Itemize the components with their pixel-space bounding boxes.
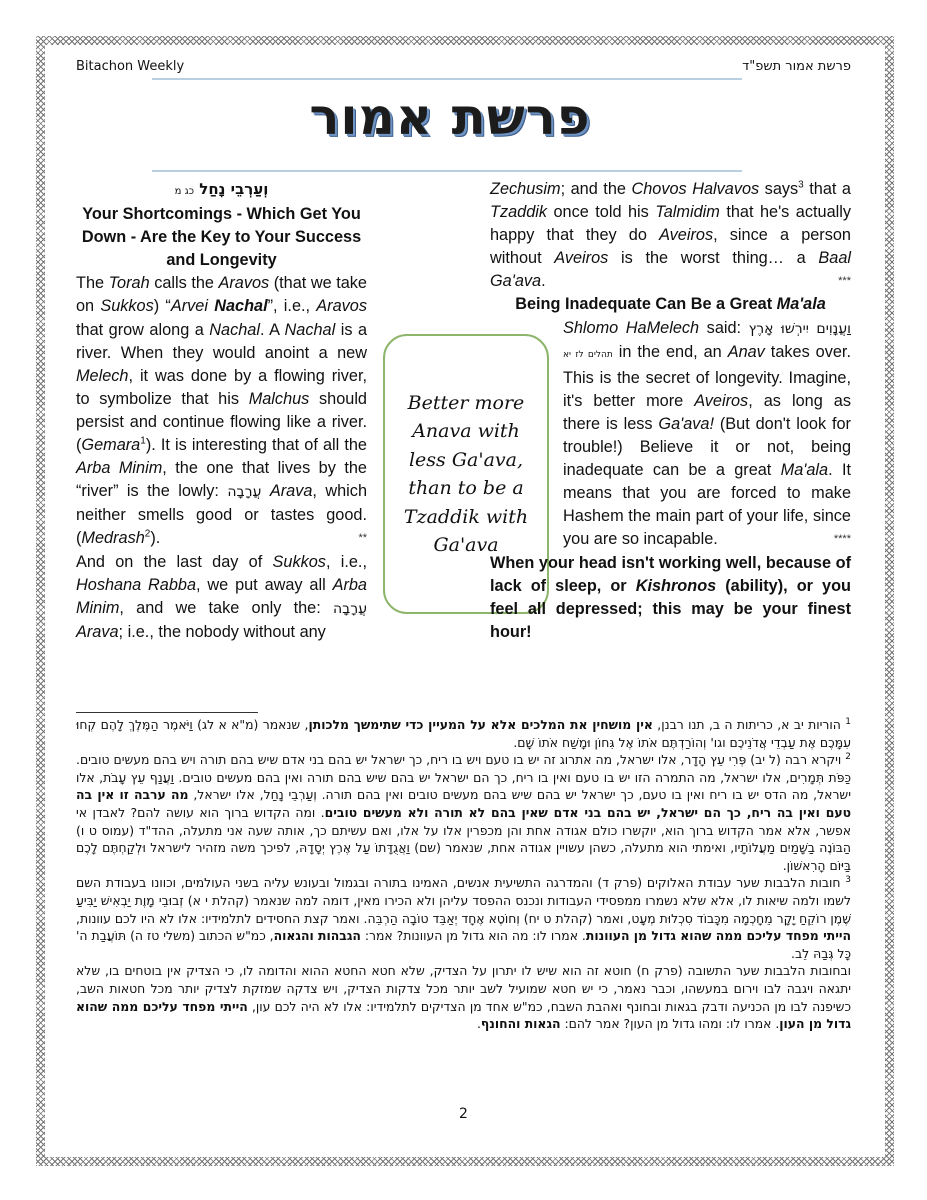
text: Nachal (214, 297, 267, 315)
text: once told his (547, 203, 655, 221)
section-divider-stars: ** (358, 527, 367, 550)
text: , we put away all (196, 576, 333, 594)
footnotes: 1 הוריות יב א, כריתות ה ב, תנו רבנן, אין… (76, 716, 851, 1033)
text: Ga'ava! (658, 415, 714, 433)
paragraph-1: The Torah calls the Aravos (that we take… (76, 272, 367, 550)
text: said: (699, 319, 749, 337)
left-column: וְעַרְבֵי נָחַל כג מ Your Shortcomings -… (76, 178, 367, 644)
text: Ma'ala (777, 295, 826, 313)
hebrew-verse-heading: וְעַרְבֵי נָחַל כג מ (76, 178, 367, 203)
text: is the worst thing… a (608, 249, 818, 267)
text: ). It is interesting that of all the (146, 436, 367, 454)
text: Nachal (209, 321, 260, 339)
text: in the end, an (613, 343, 728, 361)
text: Being Inadequate Can Be a Great (515, 295, 776, 313)
text: אין מושחין את המלכים אלא על המעיין כדי ש… (309, 717, 653, 732)
text: Aravos (219, 274, 270, 292)
text: הגבהות והגאוה (274, 928, 361, 943)
text: . אמרו לו: מה הוא גדול מן העוונות? אמר: (361, 928, 586, 943)
footnote-separator (76, 712, 258, 713)
parsha-date: פרשת אמור תשפ"ד (742, 59, 851, 74)
hebrew-word: עֲרָבָה (333, 601, 367, 617)
text: Arava (270, 482, 313, 500)
text: Ma'ala (781, 461, 828, 479)
text: ). (150, 529, 160, 547)
text: Aveiros (659, 226, 713, 244)
footnote-number: 1 (845, 717, 851, 727)
text: Chovos Halvavos (631, 180, 759, 198)
text: חובות הלבבות שער עבודת האלוקים (פרק ד) ו… (76, 875, 851, 925)
text: says (759, 180, 798, 198)
text: Aveiros (694, 392, 748, 410)
text: that grow along a (76, 321, 209, 339)
text: Aveiros (554, 249, 608, 267)
text: Tzaddik (490, 203, 547, 221)
verse-text: וְעַרְבֵי נָחַל (199, 180, 268, 198)
text: Torah (109, 274, 150, 292)
text: Nachal (285, 321, 336, 339)
text: Kishronos (636, 577, 717, 595)
footnote-number: 2 (845, 752, 851, 762)
text: Sukkos (273, 553, 326, 571)
sub-heading: Being Inadequate Can Be a Great Ma'ala (490, 293, 851, 316)
footnote-3-continued: ובחובות הלבבות שער התשובה (פרק ח) חוטא ז… (76, 962, 851, 1032)
text: ויקרא רבה (ל יב) פְּרִי עֵץ הָדָר, אלו י… (76, 752, 851, 802)
hebrew-verse: וַעֲנָוִים יִירְשׁוּ אָרֶץ (749, 321, 851, 337)
text: ) “ (154, 297, 171, 315)
text: The (76, 274, 109, 292)
text: ; and the (561, 180, 632, 198)
text: ”, i.e., (268, 297, 317, 315)
text: Arvei (171, 297, 214, 315)
text: , i.e., (326, 553, 367, 571)
page-title: פרשת אמור (150, 88, 750, 158)
text: Hoshana Rabba (76, 576, 196, 594)
text: ; i.e., the nobody without any (119, 623, 326, 641)
text: Shlomo HaMelech (563, 319, 699, 337)
text: הגאות והחונף (481, 1016, 561, 1031)
text: And on the last day of (76, 553, 273, 571)
footnote-1: 1 הוריות יב א, כריתות ה ב, תנו רבנן, אין… (76, 716, 851, 751)
paragraph-3: Shlomo HaMelech said: וַעֲנָוִים יִירְשׁ… (490, 317, 851, 552)
text: Gemara (81, 436, 140, 454)
text: . A (260, 321, 285, 339)
verse-source: תהלים לז יא (563, 350, 613, 360)
paragraph-4: When your head isn't working well, becau… (490, 552, 851, 644)
verse-source: כג מ (175, 186, 194, 197)
text: . אמרו לו: ומהו גדול מן העון? אמר להם: (561, 1016, 780, 1031)
text: . (541, 272, 546, 290)
text: Talmidim (655, 203, 720, 221)
text: Arava (76, 623, 119, 641)
running-header: Bitachon Weekly פרשת אמור תשפ"ד (76, 57, 851, 75)
text: Medrash (81, 529, 144, 547)
title-rule-bottom (152, 170, 742, 172)
text: הוריות יב א, כריתות ה ב, תנו רבנן, (653, 717, 841, 732)
text: Sukkos (100, 297, 153, 315)
footnote-number: 3 (845, 875, 851, 885)
text: Arba Minim (76, 459, 162, 477)
title-rule-top (152, 78, 742, 80)
footnote-3: 3 חובות הלבבות שער עבודת האלוקים (פרק ד)… (76, 874, 851, 962)
text: Zechusim (490, 180, 561, 198)
text: Malchus (249, 390, 310, 408)
text: Melech (76, 367, 129, 385)
page-number: 2 (0, 1106, 927, 1122)
hebrew-word: עֲרָבָה (227, 484, 261, 500)
publication-name: Bitachon Weekly (76, 59, 184, 74)
section-divider-stars: **** (834, 528, 851, 551)
paragraph-2: And on the last day of Sukkos, i.e., Hos… (76, 551, 367, 644)
article-title: Your Shortcomings - Which Get You Down -… (76, 203, 367, 272)
text: calls the (150, 274, 219, 292)
text: Anav (728, 343, 765, 361)
text: that a (804, 180, 851, 198)
section-divider-stars: *** (838, 270, 851, 293)
text: Aravos (316, 297, 367, 315)
right-column: Zechusim; and the Chovos Halvavos says3 … (490, 178, 851, 644)
text: , and we take only the: (119, 599, 333, 617)
paragraph-continued: Zechusim; and the Chovos Halvavos says3 … (490, 178, 851, 293)
footnote-2: 2 ויקרא רבה (ל יב) פְּרִי עֵץ הָדָר, אלו… (76, 751, 851, 874)
text (261, 482, 269, 500)
text: הייתי מפחד עליכם ממה שהוא גדול מן העוונו… (586, 928, 851, 943)
